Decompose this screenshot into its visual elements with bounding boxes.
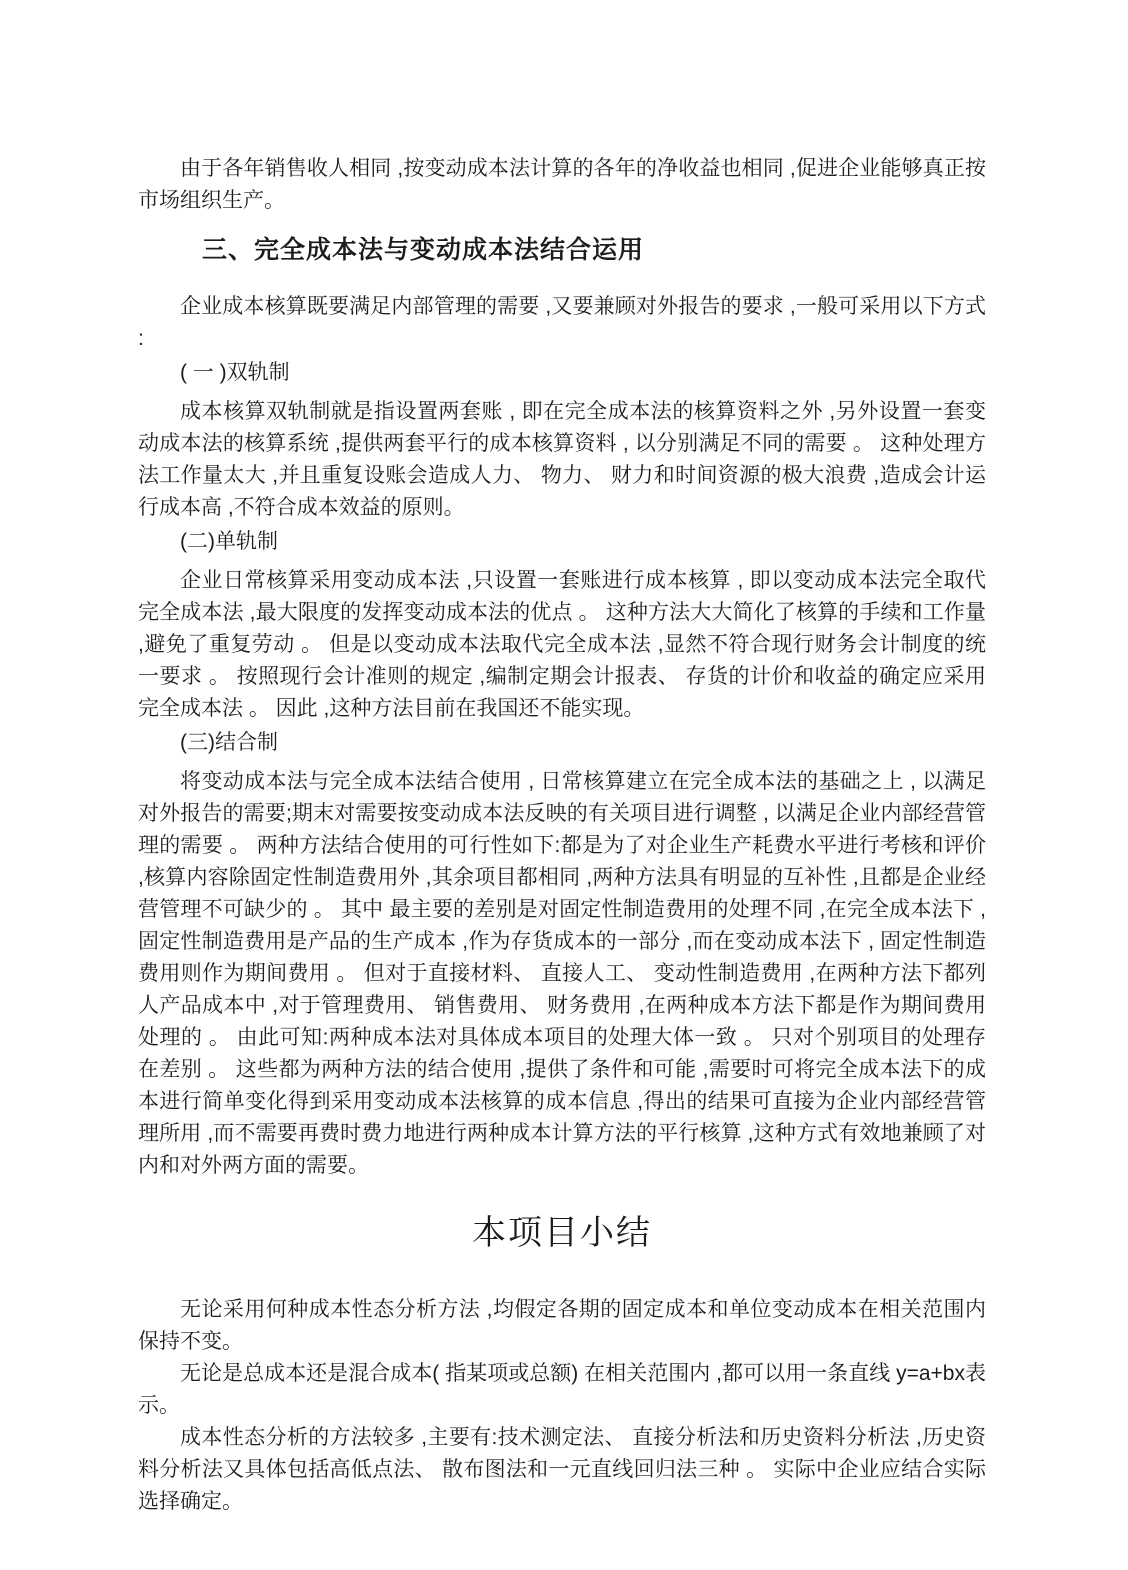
- summary-paragraph-1: 无论采用何种成本性态分析方法 ,均假定各期的固定成本和单位变动成本在相关范围内保…: [138, 1294, 986, 1358]
- subsection-title-dual-track: ( 一 )双轨制: [138, 357, 986, 389]
- document-page: 由于各年销售收人相同 ,按变动成本法计算的各年的净收益也相同 ,促进企业能够真正…: [0, 0, 1128, 1570]
- summary-paragraph-3: 成本性态分析的方法较多 ,主要有:技术测定法、 直接分析法和历史资料分析法 ,历…: [138, 1422, 986, 1518]
- subsection-body-single-track: 企业日常核算采用变动成本法 ,只设置一套账进行成本核算 , 即以变动成本法完全取…: [138, 565, 986, 725]
- subsection-body-combined-system: 将变动成本法与完全成本法结合使用 , 日常核算建立在完全成本法的基础之上 , 以…: [138, 766, 986, 1182]
- intro-paragraph: 由于各年销售收人相同 ,按变动成本法计算的各年的净收益也相同 ,促进企业能够真正…: [138, 153, 986, 217]
- subsection-title-single-track: (二)单轨制: [138, 526, 986, 558]
- section-intro-paragraph: 企业成本核算既要满足内部管理的需要 ,又要兼顾对外报告的要求 ,一般可采用以下方…: [138, 291, 986, 355]
- summary-paragraph-2: 无论是总成本还是混合成本( 指某项或总额) 在相关范围内 ,都可以用一条直线 y…: [138, 1358, 986, 1422]
- subsection-body-dual-track: 成本核算双轨制就是指设置两套账 , 即在完全成本法的核算资料之外 ,另外设置一套…: [138, 396, 986, 524]
- subsection-title-combined-system: (三)结合制: [138, 727, 986, 759]
- section-heading: 三、完全成本法与变动成本法结合运用: [138, 233, 986, 267]
- project-summary-heading: 本项目小结: [138, 1210, 986, 1256]
